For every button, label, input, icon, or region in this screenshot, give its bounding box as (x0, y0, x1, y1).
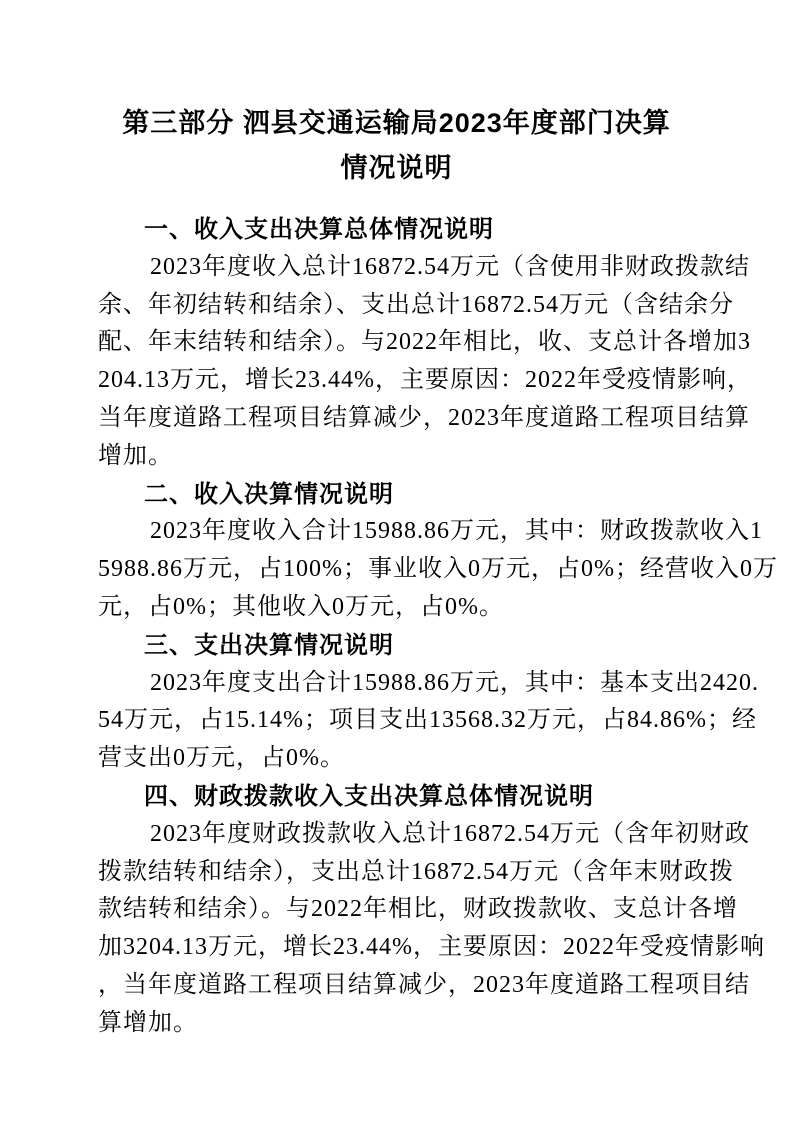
paragraph: 2023年度财政拨款收入总计16872.54万元（含年初财政 拨款结转和结余），… (98, 816, 705, 1043)
paragraph-line: 算增加。 (98, 1005, 705, 1043)
paragraph-line: 加3204.13万元，增长23.44%，主要原因：2022年受疫情影响 (98, 929, 705, 967)
document-body: 一、收入支出决算总体情况说明 2023年度收入总计16872.54万元（含使用非… (0, 211, 793, 1043)
paragraph-line: 当年度道路工程项目结算减少，2023年度道路工程项目结算 (98, 400, 705, 438)
section-expenditure-details: 三、支出决算情况说明 2023年度支出合计15988.86万元，其中：基本支出2… (98, 627, 705, 778)
document-page: 第三部分 泗县交通运输局2023年度部门决算 情况说明 一、收入支出决算总体情况… (0, 0, 793, 1122)
paragraph-line: 2023年度收入总计16872.54万元（含使用非财政拨款结 (98, 249, 705, 287)
section-heading: 一、收入支出决算总体情况说明 (98, 211, 705, 249)
paragraph-line: 2023年度支出合计15988.86万元，其中：基本支出2420. (98, 665, 705, 703)
section-heading: 二、收入决算情况说明 (98, 476, 705, 514)
section-income-expenditure-overview: 一、收入支出决算总体情况说明 2023年度收入总计16872.54万元（含使用非… (98, 211, 705, 476)
paragraph-line: 款结转和结余）。与2022年相比，财政拨款收、支总计各增 (98, 891, 705, 929)
paragraph-line: 5988.86万元，占100%；事业收入0万元，占0%；经营收入0万 (98, 551, 705, 589)
document-title-line2: 情况说明 (60, 146, 733, 191)
document-title: 第三部分 泗县交通运输局2023年度部门决算 情况说明 (0, 101, 793, 191)
section-income-details: 二、收入决算情况说明 2023年度收入合计15988.86万元，其中：财政拨款收… (98, 476, 705, 627)
paragraph-line: 2023年度财政拨款收入总计16872.54万元（含年初财政 (98, 816, 705, 854)
paragraph: 2023年度收入合计15988.86万元，其中：财政拨款收入1 5988.86万… (98, 513, 705, 626)
paragraph-line: 54万元，占15.14%；项目支出13568.32万元，占84.86%；经 (98, 702, 705, 740)
paragraph-line: 2023年度收入合计15988.86万元，其中：财政拨款收入1 (98, 513, 705, 551)
paragraph-line: 增加。 (98, 438, 705, 476)
section-fiscal-appropriation-overview: 四、财政拨款收入支出决算总体情况说明 2023年度财政拨款收入总计16872.5… (98, 778, 705, 1043)
paragraph: 2023年度支出合计15988.86万元，其中：基本支出2420. 54万元，占… (98, 665, 705, 778)
section-heading: 三、支出决算情况说明 (98, 627, 705, 665)
paragraph-line: ，当年度道路工程项目结算减少，2023年度道路工程项目结 (98, 967, 705, 1005)
paragraph-line: 拨款结转和结余），支出总计16872.54万元（含年末财政拨 (98, 854, 705, 892)
section-heading: 四、财政拨款收入支出决算总体情况说明 (98, 778, 705, 816)
paragraph-line: 204.13万元，增长23.44%，主要原因：2022年受疫情影响， (98, 362, 705, 400)
paragraph-line: 元，占0%；其他收入0万元，占0%。 (98, 589, 705, 627)
paragraph-line: 配、年末结转和结余）。与2022年相比，收、支总计各增加3 (98, 324, 705, 362)
paragraph-line: 余、年初结转和结余）、支出总计16872.54万元（含结余分 (98, 287, 705, 325)
document-title-line1: 第三部分 泗县交通运输局2023年度部门决算 (60, 101, 733, 146)
paragraph: 2023年度收入总计16872.54万元（含使用非财政拨款结 余、年初结转和结余… (98, 249, 705, 476)
paragraph-line: 营支出0万元，占0%。 (98, 740, 705, 778)
